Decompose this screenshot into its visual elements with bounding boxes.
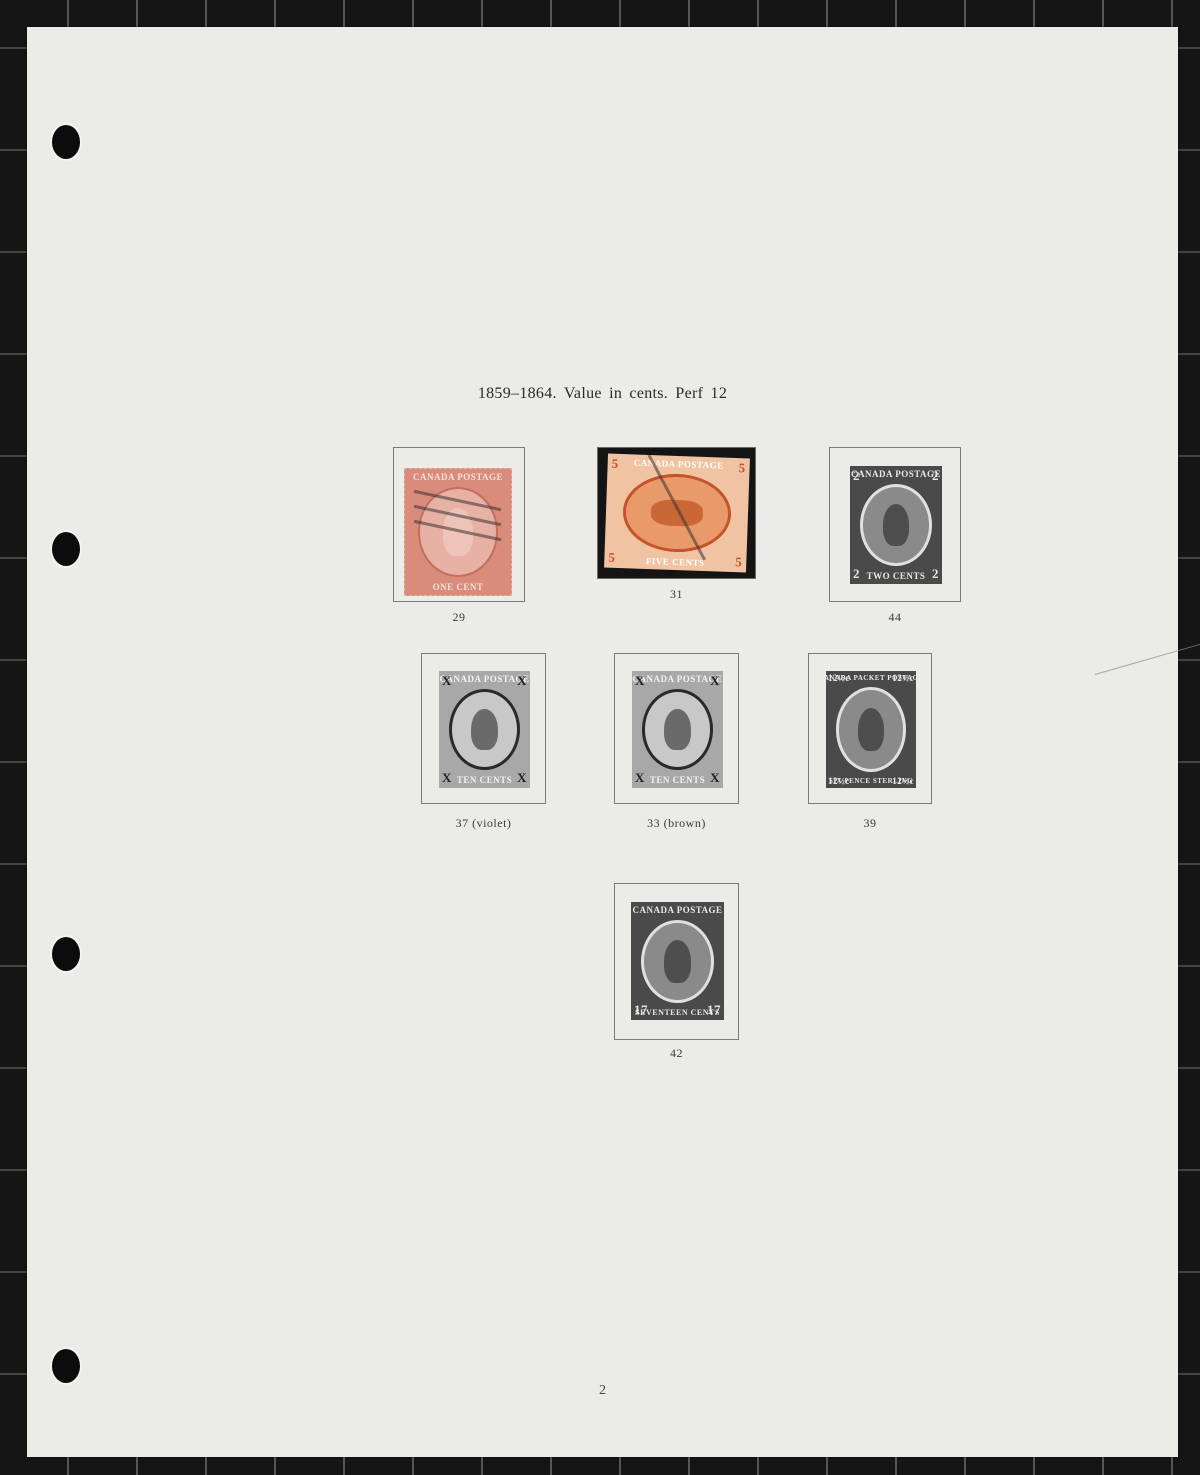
stamp-caption-37: 37 (violet) bbox=[411, 816, 556, 831]
binder-hole bbox=[52, 125, 80, 159]
corner-numeral: 5 bbox=[738, 460, 746, 476]
portrait-icon bbox=[664, 709, 690, 750]
portrait-icon bbox=[664, 940, 691, 982]
stamp-39: CANADA PACKET POSTAGE SIX PENCE STERLING… bbox=[826, 671, 916, 788]
stamp-bottom-text: TEN CENTS bbox=[457, 772, 512, 788]
stamp-mount-44[interactable]: CANADA POSTAGE TWO CENTS 2 2 2 2 bbox=[829, 447, 961, 602]
corner-numeral: 2 bbox=[853, 566, 860, 582]
corner-numeral: X bbox=[517, 770, 527, 786]
binder-hole bbox=[52, 532, 80, 566]
corner-numeral: X bbox=[442, 673, 452, 689]
portrait-icon bbox=[471, 709, 497, 750]
stamp-caption-44: 44 bbox=[829, 610, 961, 625]
stamp-29: CANADA POSTAGE ONE CENT bbox=[404, 468, 512, 596]
stamp-oval bbox=[641, 920, 714, 1003]
corner-numeral: 12½c bbox=[892, 776, 914, 786]
stamp-top-text: CANADA POSTAGE bbox=[851, 466, 941, 482]
stamp-caption-39: 39 bbox=[808, 816, 932, 831]
album-page: 1859–1864. Value in cents. Perf 12 CANAD… bbox=[27, 27, 1178, 1457]
portrait-icon bbox=[883, 504, 909, 546]
stamp-top-text: CANADA POSTAGE bbox=[439, 671, 529, 687]
stamp-caption-29: 29 bbox=[393, 610, 525, 625]
corner-numeral: 5 bbox=[611, 456, 619, 472]
stamp-31: CANADA POSTAGE FIVE CENTS 5 5 5 5 bbox=[604, 454, 750, 573]
stamp-bottom-text: TWO CENTS bbox=[867, 568, 926, 584]
corner-numeral: 17 bbox=[634, 1002, 648, 1018]
stamp-37: CANADA POSTAGE TEN CENTS X X X X bbox=[439, 671, 530, 788]
corner-numeral: 2 bbox=[853, 468, 860, 484]
stamp-33: CANADA POSTAGE TEN CENTS X X X X bbox=[632, 671, 723, 788]
corner-numeral: 5 bbox=[735, 554, 743, 570]
portrait-icon bbox=[858, 708, 884, 751]
page-number: 2 bbox=[27, 1383, 1178, 1399]
stamp-oval bbox=[642, 689, 714, 770]
stamp-oval bbox=[449, 689, 521, 770]
stamp-top-text: CANADA POSTAGE bbox=[632, 671, 722, 687]
corner-numeral: 5 bbox=[608, 550, 616, 566]
stamp-mount-39[interactable]: CANADA PACKET POSTAGE SIX PENCE STERLING… bbox=[808, 653, 932, 804]
binder-hole bbox=[52, 1349, 80, 1383]
corner-numeral: X bbox=[710, 770, 720, 786]
corner-numeral: X bbox=[635, 770, 645, 786]
stamp-mount-37[interactable]: CANADA POSTAGE TEN CENTS X X X X bbox=[421, 653, 546, 804]
stamp-caption-31: 31 bbox=[597, 587, 756, 602]
corner-numeral: 12½c bbox=[892, 673, 914, 683]
corner-numeral: X bbox=[517, 673, 527, 689]
corner-numeral: 12½c bbox=[828, 673, 850, 683]
stamp-caption-33: 33 (brown) bbox=[604, 816, 749, 831]
corner-numeral: X bbox=[710, 673, 720, 689]
stamp-oval bbox=[622, 472, 733, 554]
stamp-44: CANADA POSTAGE TWO CENTS 2 2 2 2 bbox=[850, 466, 942, 584]
corner-numeral: 17 bbox=[707, 1002, 721, 1018]
stamp-top-text: CANADA POSTAGE bbox=[633, 454, 724, 473]
stamp-mount-42[interactable]: CANADA POSTAGE SEVENTEEN CENTS 17 17 bbox=[614, 883, 739, 1040]
binder-hole bbox=[52, 937, 80, 971]
stamp-mount-31[interactable]: CANADA POSTAGE FIVE CENTS 5 5 5 5 bbox=[597, 447, 756, 579]
stamp-bottom-text: TEN CENTS bbox=[650, 772, 705, 788]
stamp-oval bbox=[836, 687, 907, 772]
stamp-oval bbox=[860, 484, 932, 566]
corner-numeral: 2 bbox=[932, 468, 939, 484]
corner-numeral: 2 bbox=[932, 566, 939, 582]
paper-scratch-mark bbox=[1095, 644, 1200, 675]
corner-numeral: X bbox=[635, 673, 645, 689]
stamp-top-text: CANADA POSTAGE bbox=[413, 469, 503, 485]
stamp-top-text: CANADA POSTAGE bbox=[632, 902, 722, 918]
stamp-42: CANADA POSTAGE SEVENTEEN CENTS 17 17 bbox=[631, 902, 724, 1020]
beaver-icon bbox=[651, 500, 703, 527]
corner-numeral: X bbox=[442, 770, 452, 786]
stamp-bottom-text: ONE CENT bbox=[433, 579, 484, 595]
stamp-mount-29[interactable]: CANADA POSTAGE ONE CENT bbox=[393, 447, 525, 602]
stamp-mount-33[interactable]: CANADA POSTAGE TEN CENTS X X X X bbox=[614, 653, 739, 804]
stamp-caption-42: 42 bbox=[614, 1046, 739, 1061]
corner-numeral: 12½c bbox=[828, 776, 850, 786]
stamp-bottom-text: FIVE CENTS bbox=[646, 553, 705, 571]
page-heading: 1859–1864. Value in cents. Perf 12 bbox=[27, 385, 1178, 403]
